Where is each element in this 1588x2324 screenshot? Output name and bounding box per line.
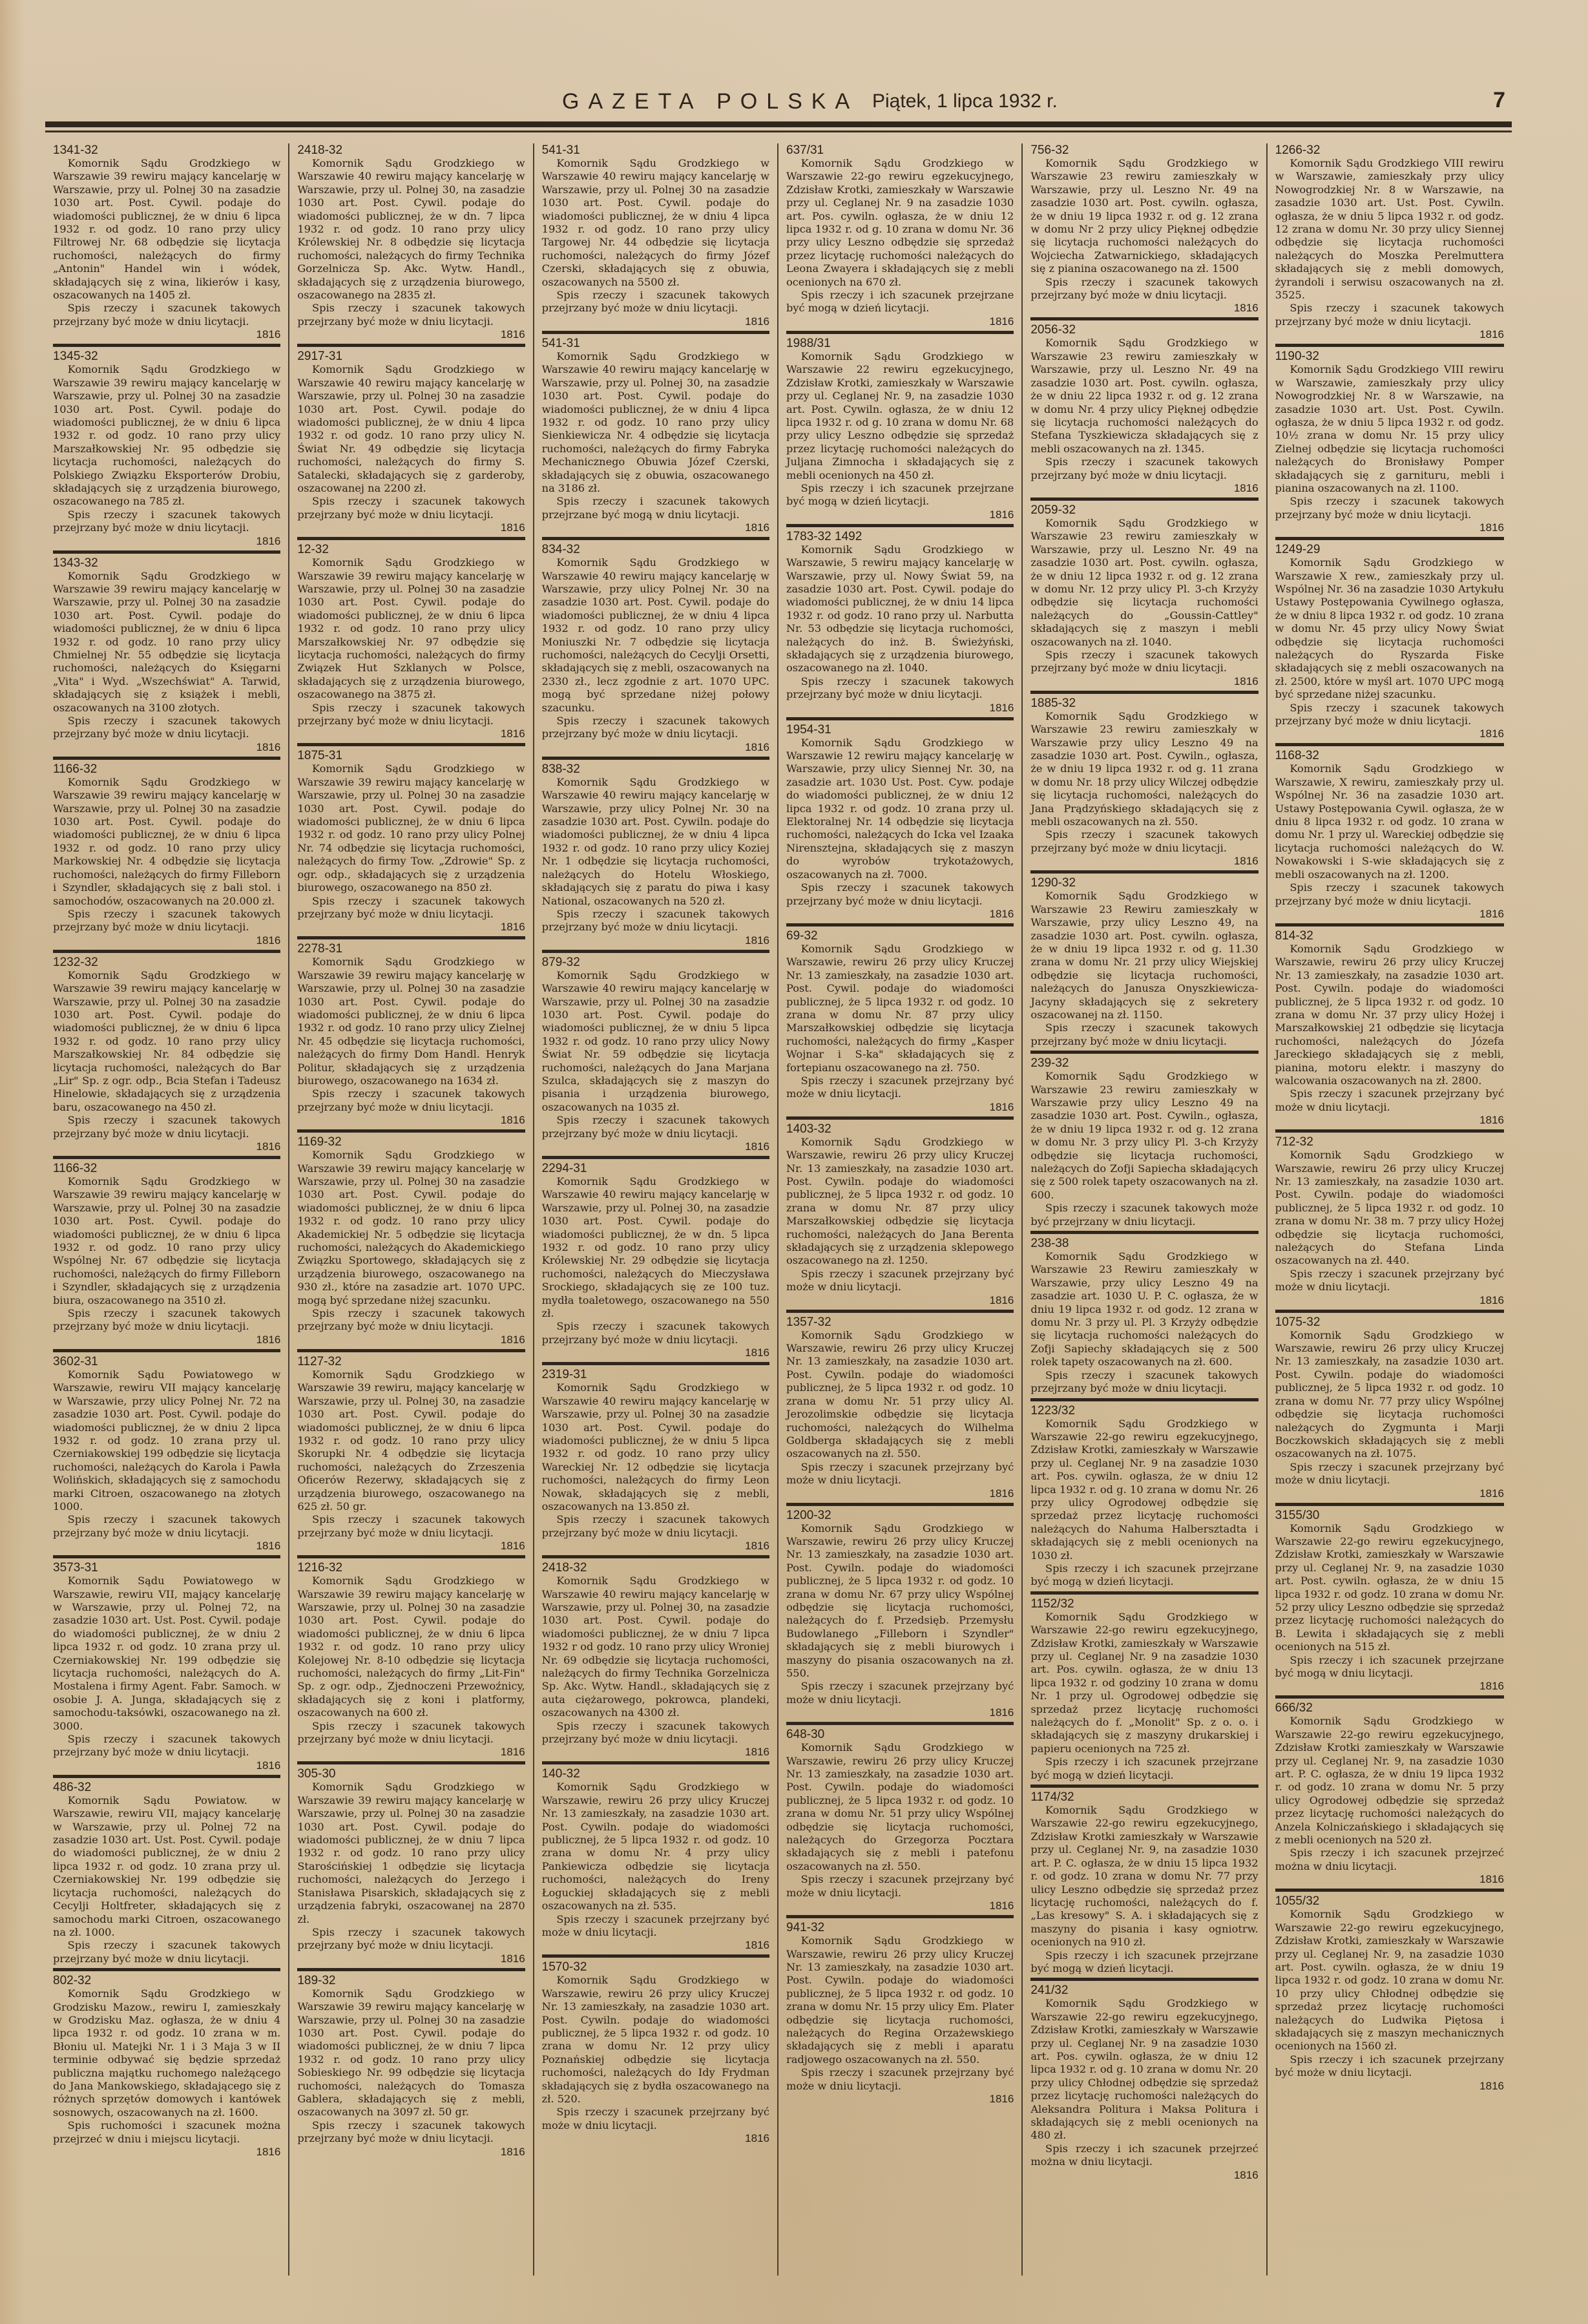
notice-body: Komornik Sądu Grodzkiego w Warszawie, 5 … xyxy=(786,543,1014,675)
auction-notice: 834-32Komornik Sądu Grodzkiego w Warszaw… xyxy=(542,543,769,760)
case-number: 541-31 xyxy=(542,337,769,350)
notice-body: Komornik Sądu Grodzkiego w Warszawie 22-… xyxy=(1275,1908,1504,2053)
auction-notice: 1174/32Komornik Sądu Grodzkiego w Warsza… xyxy=(1030,1790,1258,1981)
page-number: 7 xyxy=(1493,88,1505,113)
case-number: 1200-32 xyxy=(786,1509,1014,1522)
auction-notice: 12-32Komornik Sądu Grodzkiego w Warszawi… xyxy=(297,543,525,746)
notice-divider xyxy=(1030,317,1258,320)
notice-reference: 1816 xyxy=(53,741,280,754)
auction-notice: 941-32Komornik Sądu Grodzkiego w Warszaw… xyxy=(786,1921,1014,2106)
notice-divider xyxy=(297,743,525,746)
notice-closing: Spis rzeczy i szacunek takowych może być… xyxy=(1030,1202,1258,1228)
notice-closing: Spis rzeczy i szacunek takowych przejrza… xyxy=(1275,702,1504,728)
auction-notice: 189-32Komornik Sądu Grodzkiego w Warszaw… xyxy=(297,1974,525,2159)
auction-notice: 3602-31Komornik Sądu Powiatowego w Warsz… xyxy=(53,1355,280,1558)
notice-divider xyxy=(786,1722,1014,1725)
notice-reference: 1816 xyxy=(1275,1873,1504,1886)
notice-reference: 1816 xyxy=(1275,1487,1504,1500)
notice-body: Komornik Sądu Grodzkiego w Warszawie 39 … xyxy=(53,570,280,715)
notice-divider xyxy=(1275,1695,1504,1699)
auction-notice: 1875-31Komornik Sądu Grodzkiego w Warsza… xyxy=(297,749,525,939)
notice-reference: 1816 xyxy=(786,2093,1014,2106)
notice-body: Komornik Sądu Grodzkiego w Warszawie 22-… xyxy=(1275,1522,1504,1654)
notice-body: Komornik Sądu Grodzkiego w Warszawie 39 … xyxy=(53,969,280,1114)
notice-divider xyxy=(786,331,1014,334)
case-number: 1266-32 xyxy=(1275,143,1504,157)
notice-body: Komornik Sądu Grodzkiego w Warszawie 23 … xyxy=(1030,337,1258,455)
auction-notice: 1343-32Komornik Sądu Grodzkiego w Warsza… xyxy=(53,556,280,760)
notice-divider xyxy=(297,936,525,939)
auction-notice: 1223/32Komornik Sądu Grodzkiego w Warsza… xyxy=(1030,1404,1258,1595)
auction-notice: 1988/31Komornik Sądu Grodzkiego w Warsza… xyxy=(786,337,1014,527)
notice-divider xyxy=(786,1116,1014,1120)
notice-reference: 1816 xyxy=(53,535,280,548)
notice-divider xyxy=(542,1362,769,1365)
notice-body: Komornik Sądu Grodzkiego w Warszawie 40 … xyxy=(297,157,525,302)
case-number: 712-32 xyxy=(1275,1135,1504,1149)
notice-divider xyxy=(297,1555,525,1558)
notice-body: Komornik Sądu Grodzkiego w Warszawie, re… xyxy=(786,1934,1014,2066)
case-number: 879-32 xyxy=(542,956,769,969)
case-number: 239-32 xyxy=(1030,1056,1258,1070)
auction-notice: 69-32Komornik Sądu Grodzkiego w Warszawi… xyxy=(786,929,1014,1120)
case-number: 12-32 xyxy=(297,543,525,556)
case-number: 1403-32 xyxy=(786,1122,1014,1136)
notice-closing: Spis rzeczy i szacunek takowych przejrza… xyxy=(297,1307,525,1334)
notice-divider xyxy=(786,1503,1014,1506)
notice-closing: Spis rzeczy i szacunek takowych przejrza… xyxy=(53,908,280,934)
case-number: 802-32 xyxy=(53,1974,280,1987)
notice-reference: 1816 xyxy=(297,328,525,341)
notice-closing: Spis rzeczy i szacunek przejrzany być mo… xyxy=(786,2066,1014,2093)
notice-reference: 1816 xyxy=(53,1334,280,1346)
case-number: 1075-32 xyxy=(1275,1315,1504,1329)
auction-notice: 2319-31Komornik Sądu Grodzkiego w Warsza… xyxy=(542,1368,769,1558)
masthead-rule-thin xyxy=(45,131,1512,132)
notice-body: Komornik Sądu Grodzkiego w Warszawie, re… xyxy=(542,1974,769,2106)
notice-body: Komornik Sądu Grodzkiego w Warszawie 39 … xyxy=(297,762,525,894)
notice-reference: 1816 xyxy=(1275,1294,1504,1307)
auction-notice: 486-32Komornik Sądu Powiatow. w Warszawi… xyxy=(53,1781,280,1971)
auction-notice: 648-30Komornik Sądu Grodzkiego w Warszaw… xyxy=(786,1728,1014,1918)
notice-closing: Spis rzeczy i szacunek takowych przejrza… xyxy=(786,881,1014,908)
case-number: 2278-31 xyxy=(297,942,525,956)
notice-divider xyxy=(1030,1978,1258,1981)
notice-body: Komornik Sądu Grodzkiego w Warszawie, re… xyxy=(786,1136,1014,1268)
notice-closing: Spis rzeczy i szacunek takowych przejrza… xyxy=(53,302,280,328)
column-5: 756-32Komornik Sądu Grodzkiego w Warszaw… xyxy=(1023,143,1267,2276)
notice-reference: 1816 xyxy=(786,1900,1014,1912)
notice-body: Komornik Sądu Grodzkiego w Warszawie 23 … xyxy=(1030,1070,1258,1202)
notice-closing: Spis rzeczy i ich szacunek przejrzane by… xyxy=(786,289,1014,315)
notice-closing: Spis rzeczy i szacunek takowych przejrza… xyxy=(1030,276,1258,302)
case-number: 238-38 xyxy=(1030,1237,1258,1250)
auction-notice: 3155/30Komornik Sądu Grodzkiego w Warsza… xyxy=(1275,1509,1504,1699)
page-edge-shadow xyxy=(0,0,25,2324)
auction-notice: 666/32Komornik Sądu Grodzkiego w Warszaw… xyxy=(1275,1701,1504,1892)
notice-body: Komornik Sądu Grodzkiego w Warszawie 40 … xyxy=(542,1175,769,1320)
notice-reference: 1816 xyxy=(297,728,525,740)
notice-divider xyxy=(786,717,1014,720)
notice-divider xyxy=(542,331,769,334)
auction-notice: 1570-32Komornik Sądu Grodzkiego w Warsza… xyxy=(542,1960,769,2145)
notice-closing: Spis rzeczy i ich szacunek przejrzany by… xyxy=(1275,2053,1504,2080)
notice-closing: Spis rzeczy i szacunek takowych przejrza… xyxy=(297,302,525,328)
auction-notice: 2056-32Komornik Sądu Grodzkiego w Warsza… xyxy=(1030,323,1258,500)
notice-closing: Spis rzeczy i szacunek takowych przejrza… xyxy=(53,715,280,741)
auction-notice: 1200-32Komornik Sądu Grodzkiego w Warsza… xyxy=(786,1509,1014,1726)
notice-closing: Spis rzeczy i szacunek takowych przejrza… xyxy=(1030,649,1258,675)
notice-body: Komornik Sądu Grodzkiego w Warszawie 22 … xyxy=(786,350,1014,482)
case-number: 140-32 xyxy=(542,1767,769,1781)
column-4: 637/31Komornik Sądu Grodzkiego w Warszaw… xyxy=(778,143,1023,2276)
case-number: 666/32 xyxy=(1275,1701,1504,1715)
auction-notice: 1885-32Komornik Sądu Grodzkiego w Warsza… xyxy=(1030,696,1258,874)
notice-closing: Spis rzeczy i szacunek takowych przejrza… xyxy=(542,715,769,741)
notice-closing: Spis rzeczy i szacunek takowych przejrza… xyxy=(1275,495,1504,521)
case-number: 1174/32 xyxy=(1030,1790,1258,1804)
notice-body: Komornik Sądu Grodzkiego w Warszawie, re… xyxy=(786,1329,1014,1461)
notice-reference: 1816 xyxy=(542,1140,769,1153)
notice-reference: 1816 xyxy=(1275,728,1504,740)
case-number: 2059-32 xyxy=(1030,503,1258,517)
notice-divider xyxy=(1275,344,1504,347)
column-2: 2418-32Komornik Sądu Grodzkiego w Warsza… xyxy=(289,143,534,2276)
notice-closing: Spis rzeczy i szacunek takowych przejrza… xyxy=(53,1513,280,1540)
notice-divider xyxy=(1030,497,1258,501)
notice-reference: 1816 xyxy=(786,908,1014,921)
auction-notice: 1190-32Komornik Sądu Grodzkiego VIII rew… xyxy=(1275,350,1504,540)
notice-closing: Spis rzeczy i szacunek takowych przejrza… xyxy=(542,908,769,934)
notice-body: Komornik Sądu Powiatow. w Warszawie, rew… xyxy=(53,1794,280,1939)
column-6: 1266-32Komornik Sądu Grodzkiego VIII rew… xyxy=(1268,143,1512,2276)
notice-reference: 1816 xyxy=(542,934,769,947)
notice-body: Komornik Sądu Grodzkiego w Warszawie, X … xyxy=(1275,762,1504,881)
notice-reference: 1816 xyxy=(297,1540,525,1553)
notice-closing: Spis rzeczy i ich szacunek przejrzane by… xyxy=(1030,1755,1258,1782)
notice-body: Komornik Sądu Grodzkiego w Warszawie, re… xyxy=(786,1741,1014,1873)
case-number: 1343-32 xyxy=(53,556,280,570)
notice-body: Komornik Sądu Grodzkiego w Warszawie 22-… xyxy=(1030,1804,1258,1949)
notice-closing: Spis rzeczy i szacunek przejrzany być mo… xyxy=(786,1461,1014,1487)
notice-reference: 1816 xyxy=(1275,521,1504,534)
notice-body: Komornik Sądu Grodzkiego w Warszawie 39 … xyxy=(297,556,525,701)
notice-reference: 1816 xyxy=(1030,855,1258,868)
notice-divider xyxy=(1275,743,1504,746)
case-number: 3602-31 xyxy=(53,1355,280,1368)
notice-reference: 1816 xyxy=(542,1746,769,1759)
auction-notice: 1341-32Komornik Sądu Grodzkiego w Warsza… xyxy=(53,143,280,347)
notice-divider xyxy=(297,1129,525,1133)
auction-notice: 712-32Komornik Sądu Grodzkiego w Warszaw… xyxy=(1275,1135,1504,1312)
notice-reference: 1816 xyxy=(1030,675,1258,688)
case-number: 1166-32 xyxy=(53,1162,280,1175)
notice-body: Komornik Sądu Grodzkiego w Warszawie 40 … xyxy=(542,776,769,908)
notice-closing: Spis rzeczy i ich szacunek przejrzeć moż… xyxy=(1030,2142,1258,2169)
auction-notice: 238-38Komornik Sądu Grodzkiego w Warszaw… xyxy=(1030,1237,1258,1401)
auction-notice: 1166-32Komornik Sądu Grodzkiego w Warsza… xyxy=(53,762,280,953)
notice-closing: Spis rzeczy i szacunek przejrzany być mo… xyxy=(1275,1087,1504,1114)
case-number: 637/31 xyxy=(786,143,1014,157)
notice-closing: Spis rzeczy i szacunek takowych przejrza… xyxy=(53,508,280,535)
notice-closing: Spis rzeczy i szacunek takowych przejrza… xyxy=(297,1926,525,1952)
auction-notice: 3573-31Komornik Sądu Powiatowego w Warsz… xyxy=(53,1561,280,1778)
notice-closing: Spis rzeczy i szacunek takowych przejrza… xyxy=(1030,1369,1258,1396)
case-number: 2418-32 xyxy=(542,1561,769,1575)
notice-body: Komornik Sądu Grodzkiego w Warszawie 23 … xyxy=(1030,710,1258,829)
notice-reference: 1816 xyxy=(1275,328,1504,341)
auction-notice: 1166-32Komornik Sądu Grodzkiego w Warsza… xyxy=(53,1162,280,1352)
case-number: 838-32 xyxy=(542,762,769,776)
notice-closing: Spis rzeczy i szacunek takowych przejrza… xyxy=(297,702,525,728)
notice-closing: Spis rzeczy i ich szacunek przejrzeć moż… xyxy=(1275,1847,1504,1873)
notice-reference: 1816 xyxy=(53,1759,280,1772)
notice-reference: 1816 xyxy=(786,1294,1014,1307)
notice-body: Komornik Sądu Powiatowego w Warszawie, r… xyxy=(53,1368,280,1513)
notice-columns: 1341-32Komornik Sądu Grodzkiego w Warsza… xyxy=(45,143,1512,2276)
notice-body: Komornik Sądu Grodzkiego w Warszawie 39 … xyxy=(297,956,525,1087)
notice-divider xyxy=(297,344,525,347)
notice-closing: Spis rzeczy i ich szacunek przejrzane by… xyxy=(1030,1949,1258,1976)
notice-body: Komornik Sądu Grodzkiego w Warszawie 39 … xyxy=(297,1368,525,1513)
notice-divider xyxy=(1030,1785,1258,1788)
column-3: 541-31Komornik Sądu Grodzkiego w Warszaw… xyxy=(534,143,778,2276)
notice-body: Komornik Sądu Grodzkiego w Warszawie 22-… xyxy=(1030,1418,1258,1562)
notice-divider xyxy=(53,344,280,347)
notice-divider xyxy=(542,1761,769,1764)
masthead: GAZETA POLSKA Piątek, 1 lipca 1932 r. 7 xyxy=(45,84,1505,123)
auction-notice: 1249-29Komornik Sądu Grodzkiego w Warsza… xyxy=(1275,543,1504,746)
notice-closing: Spis rzeczy i szacunek przejrzany być mo… xyxy=(1275,1268,1504,1294)
auction-notice: 241/32Komornik Sądu Grodzkiego w Warszaw… xyxy=(1030,1984,1258,2181)
notice-reference: 1816 xyxy=(786,702,1014,715)
notice-divider xyxy=(53,1156,280,1159)
case-number: 1232-32 xyxy=(53,956,280,969)
notice-divider xyxy=(53,1775,280,1778)
auction-notice: 541-31Komornik Sądu Grodzkiego w Warszaw… xyxy=(542,143,769,334)
case-number: 1357-32 xyxy=(786,1315,1014,1329)
notice-body: Komornik Sądu Grodzkiego w Warszawie 40 … xyxy=(297,363,525,495)
notice-closing: Spis rzeczy i szacunek takowych przejrza… xyxy=(542,1720,769,1746)
auction-notice: 879-32Komornik Sądu Grodzkiego w Warszaw… xyxy=(542,956,769,1159)
notice-reference: 1816 xyxy=(786,1706,1014,1719)
notice-reference: 1816 xyxy=(1275,1114,1504,1127)
notice-reference: 1816 xyxy=(542,741,769,754)
notice-reference: 1816 xyxy=(297,1114,525,1127)
notice-divider xyxy=(297,537,525,540)
case-number: 941-32 xyxy=(786,1921,1014,1934)
issue-date: Piątek, 1 lipca 1932 r. xyxy=(872,90,1058,112)
notice-reference: 1816 xyxy=(53,328,280,341)
notice-divider xyxy=(786,524,1014,527)
notice-body: Komornik Sądu Grodzkiego w Warszawie 40 … xyxy=(542,556,769,715)
case-number: 305-30 xyxy=(297,1767,525,1781)
notice-closing: Spis rzeczy i szacunek takowych przejrza… xyxy=(297,1087,525,1114)
notice-divider xyxy=(1030,870,1258,874)
notice-closing: Spis rzeczy i szacunek przejrzany być mo… xyxy=(786,1268,1014,1294)
case-number: 241/32 xyxy=(1030,1984,1258,1997)
case-number: 69-32 xyxy=(786,929,1014,943)
case-number: 1168-32 xyxy=(1275,749,1504,762)
notice-divider xyxy=(1275,1503,1504,1506)
notice-divider xyxy=(542,757,769,760)
notice-body: Komornik Sądu Grodzkiego w Warszawie X r… xyxy=(1275,556,1504,701)
notice-divider xyxy=(542,537,769,540)
notice-closing: Spis rzeczy i szacunek takowych przejrza… xyxy=(786,675,1014,702)
case-number: 814-32 xyxy=(1275,929,1504,943)
notice-reference: 1816 xyxy=(297,1334,525,1346)
auction-notice: 1266-32Komornik Sądu Grodzkiego VIII rew… xyxy=(1275,143,1504,347)
notice-closing: Spis rzeczy i szacunek takowych przejrza… xyxy=(542,495,769,521)
case-number: 486-32 xyxy=(53,1781,280,1794)
notice-divider xyxy=(542,1555,769,1558)
auction-notice: 1403-32Komornik Sądu Grodzkiego w Warsza… xyxy=(786,1122,1014,1313)
notice-divider xyxy=(542,1156,769,1159)
notice-closing: Spis rzeczy i szacunek takowych przejrza… xyxy=(1030,828,1258,855)
auction-notice: 2418-32Komornik Sądu Grodzkiego w Warsza… xyxy=(297,143,525,347)
auction-notice: 1357-32Komornik Sądu Grodzkiego w Warsza… xyxy=(786,1315,1014,1506)
notice-body: Komornik Sądu Grodzkiego w Warszawie 39 … xyxy=(53,157,280,302)
notice-divider xyxy=(1030,1591,1258,1595)
notice-closing: Spis rzeczy i szacunek takowych przejrza… xyxy=(542,1320,769,1346)
case-number: 1152/32 xyxy=(1030,1597,1258,1611)
notice-reference: 1816 xyxy=(53,1540,280,1553)
notice-reference: 1816 xyxy=(297,2146,525,2159)
notice-body: Komornik Sądu Grodzkiego w Warszawie 22-… xyxy=(1030,1997,1258,2142)
case-number: 1345-32 xyxy=(53,350,280,363)
case-number: 189-32 xyxy=(297,1974,525,1987)
notice-body: Komornik Sądu Grodzkiego w Warszawie, re… xyxy=(786,943,1014,1074)
notice-closing: Spis rzeczy i ich szacunek przejrzane by… xyxy=(786,482,1014,508)
auction-notice: 239-32Komornik Sądu Grodzkiego w Warszaw… xyxy=(1030,1056,1258,1234)
auction-notice: 2278-31Komornik Sądu Grodzkiego w Warsza… xyxy=(297,942,525,1133)
notice-divider xyxy=(786,1310,1014,1313)
notice-closing: Spis rzeczy i szacunek przejrzany być mo… xyxy=(542,2106,769,2132)
notice-divider xyxy=(297,1349,525,1352)
auction-notice: 2418-32Komornik Sądu Grodzkiego w Warsza… xyxy=(542,1561,769,1764)
notice-closing: Spis rzeczy i szacunek takowych przejrza… xyxy=(1030,455,1258,482)
notice-divider xyxy=(1030,1051,1258,1054)
notice-body: Komornik Sądu Grodzkiego w Warszawie, re… xyxy=(1275,1149,1504,1268)
notice-divider xyxy=(1275,537,1504,540)
notice-closing: Spis rzeczy i szacunek takowych przejrza… xyxy=(1275,881,1504,908)
notice-closing: Spis rzeczy i szacunek takowych przejrza… xyxy=(297,895,525,921)
notice-reference: 1816 xyxy=(1275,2080,1504,2093)
notice-divider xyxy=(53,1555,280,1558)
notice-closing: Spis rzeczy i ich szacunek przejrzane by… xyxy=(1275,1654,1504,1680)
notice-reference: 1816 xyxy=(542,315,769,328)
case-number: 648-30 xyxy=(786,1728,1014,1741)
case-number: 2917-31 xyxy=(297,350,525,363)
notice-closing: Spis rzeczy i szacunek przejrzany być mo… xyxy=(786,1873,1014,1900)
notice-divider xyxy=(542,950,769,953)
notice-body: Komornik Sądu Grodzkiego w Warszawie 39 … xyxy=(297,1987,525,2119)
case-number: 834-32 xyxy=(542,543,769,556)
case-number: 1249-29 xyxy=(1275,543,1504,556)
notice-divider xyxy=(53,1968,280,1971)
case-number: 541-31 xyxy=(542,143,769,157)
notice-reference: 1816 xyxy=(1275,1680,1504,1693)
auction-notice: 756-32Komornik Sądu Grodzkiego w Warszaw… xyxy=(1030,143,1258,320)
notice-reference: 1816 xyxy=(542,1540,769,1553)
notice-body: Komornik Sądu Grodzkiego w Warszawie 22-… xyxy=(1030,1611,1258,1755)
notice-body: Komornik Sądu Grodzkiego w Warszawie, re… xyxy=(786,1522,1014,1680)
case-number: 1216-32 xyxy=(297,1561,525,1575)
auction-notice: 838-32Komornik Sądu Grodzkiego w Warszaw… xyxy=(542,762,769,953)
notice-divider xyxy=(53,950,280,953)
notice-body: Komornik Sądu Grodzkiego w Warszawie 23 … xyxy=(1030,157,1258,276)
column-1: 1341-32Komornik Sądu Grodzkiego w Warsza… xyxy=(45,143,289,2276)
notice-body: Komornik Sądu Grodzkiego w Warszawie 39 … xyxy=(297,1575,525,1719)
notice-divider xyxy=(786,923,1014,926)
notice-body: Komornik Sądu Grodzkiego w Warszawie 39 … xyxy=(53,1175,280,1307)
auction-notice: 2917-31Komornik Sądu Grodzkiego w Warsza… xyxy=(297,350,525,540)
case-number: 2056-32 xyxy=(1030,323,1258,337)
notice-reference: 1816 xyxy=(297,1746,525,1759)
notice-reference: 1816 xyxy=(786,315,1014,328)
notice-closing: Spis rzeczy i szacunek takowych przejrza… xyxy=(53,1733,280,1759)
auction-notice: 541-31Komornik Sądu Grodzkiego w Warszaw… xyxy=(542,337,769,540)
case-number: 2319-31 xyxy=(542,1368,769,1381)
auction-notice: 1290-32Komornik Sądu Grodzkiego w Warsza… xyxy=(1030,876,1258,1054)
notice-body: Komornik Sądu Grodzkiego w Warszawie, re… xyxy=(1275,1329,1504,1461)
notice-closing: Spis rzeczy i szacunek takowych przejrza… xyxy=(542,289,769,315)
notice-reference: 1816 xyxy=(1030,482,1258,495)
auction-notice: 1216-32Komornik Sądu Grodzkiego w Warsza… xyxy=(297,1561,525,1764)
auction-notice: 1168-32Komornik Sądu Grodzkiego w Warsza… xyxy=(1275,749,1504,926)
masthead-rule xyxy=(45,121,1512,127)
notice-body: Komornik Sądu Grodzkiego w Warszawie 39 … xyxy=(297,1149,525,1307)
auction-notice: 637/31Komornik Sądu Grodzkiego w Warszaw… xyxy=(786,143,1014,334)
notice-closing: Spis rzeczy i szacunek przejrzany być mo… xyxy=(542,1913,769,1940)
auction-notice: 305-30Komornik Sądu Grodzkiego w Warszaw… xyxy=(297,1767,525,1971)
case-number: 1954-31 xyxy=(786,723,1014,737)
notice-reference: 1816 xyxy=(786,1101,1014,1114)
notice-closing: Spis rzeczy i szacunek takowych przejrza… xyxy=(542,1513,769,1540)
notice-reference: 1816 xyxy=(542,1346,769,1359)
notice-body: Komornik Sądu Grodzkiego VIII rewiru w W… xyxy=(1275,157,1504,302)
auction-notice: 1055/32Komornik Sądu Grodzkiego w Warsza… xyxy=(1275,1894,1504,2092)
notice-body: Komornik Sądu Grodzkiego VIII rewiru w W… xyxy=(1275,363,1504,495)
notice-divider xyxy=(297,1968,525,1971)
notice-body: Komornik Sądu Grodzkiego w Warszawie 40 … xyxy=(542,1575,769,1719)
notice-body: Komornik Sądu Grodzkiego w Warszawie 40 … xyxy=(542,969,769,1114)
auction-notice: 140-32Komornik Sądu Grodzkiego w Warszaw… xyxy=(542,1767,769,1958)
case-number: 3155/30 xyxy=(1275,1509,1504,1522)
notice-reference: 1816 xyxy=(297,1952,525,1965)
notice-closing: Spis rzeczy i szacunek takowych przejrza… xyxy=(53,1307,280,1334)
case-number: 1570-32 xyxy=(542,1960,769,1974)
notice-reference: 1816 xyxy=(297,521,525,534)
notice-body: Komornik Sądu Grodzkiego w Warszawie 12 … xyxy=(786,737,1014,881)
notice-divider xyxy=(1275,1129,1504,1133)
case-number: 1190-32 xyxy=(1275,350,1504,363)
case-number: 1055/32 xyxy=(1275,1894,1504,1908)
notice-body: Komornik Sądu Grodzkiego w Warszawie 23 … xyxy=(1030,517,1258,649)
notice-reference: 1816 xyxy=(53,2146,280,2159)
notice-body: Komornik Sądu Grodzkiego w Warszawie 22-… xyxy=(786,157,1014,289)
notice-body: Komornik Sądu Grodzkiego w Warszawie 23 … xyxy=(1030,890,1258,1021)
case-number: 1341-32 xyxy=(53,143,280,157)
newspaper-title: GAZETA POLSKA xyxy=(562,89,859,114)
auction-notice: 1075-32Komornik Sądu Grodzkiego w Warsza… xyxy=(1275,1315,1504,1506)
notice-closing: Spis rzeczy i szacunek przejrzany być mo… xyxy=(786,1680,1014,1706)
notice-reference: 1816 xyxy=(786,508,1014,521)
auction-notice: 1954-31Komornik Sądu Grodzkiego w Warsza… xyxy=(786,723,1014,926)
notice-body: Komornik Sądu Grodzkiego w Warszawie 40 … xyxy=(542,1381,769,1513)
notice-divider xyxy=(1275,923,1504,926)
case-number: 1223/32 xyxy=(1030,1404,1258,1418)
